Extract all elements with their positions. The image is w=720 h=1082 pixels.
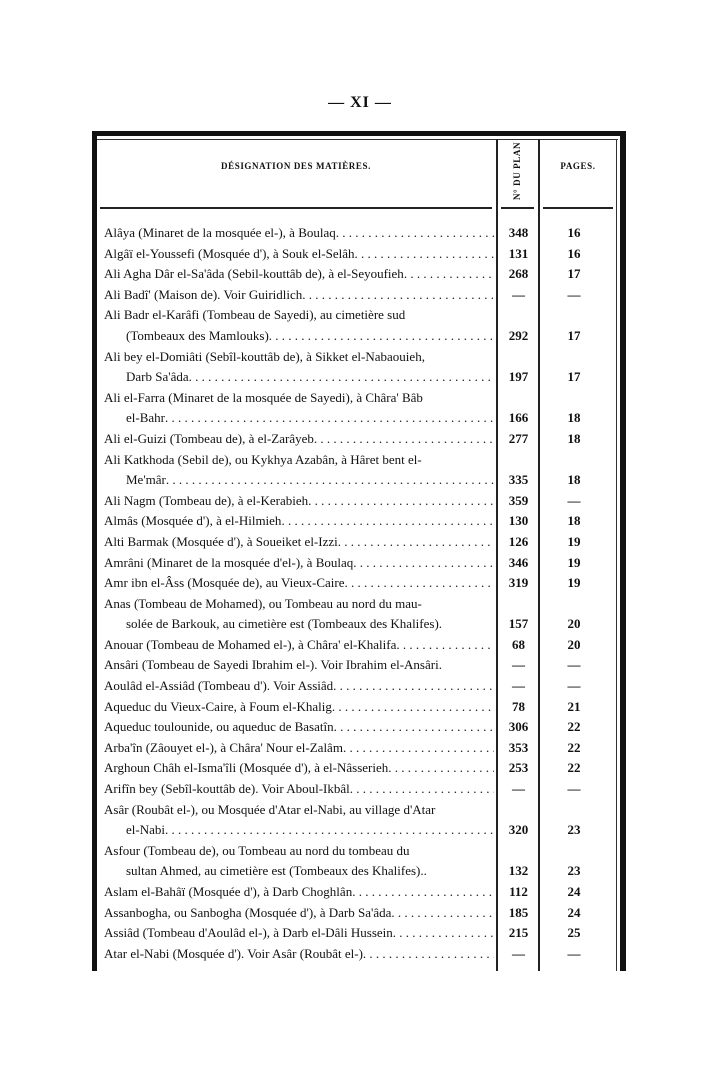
entry-designation: sultan Ahmed, au cimetière est (Tombeaux… [126, 861, 494, 882]
entry-text: Ali Badî' (Maison de). Voir Guiridlich [104, 285, 302, 306]
entry-plan-number: 68 [497, 635, 540, 656]
entry-plan-number: 268 [497, 264, 540, 285]
entry-text: Aslam el-Bahâï (Mosquée d'), à Darb Chog… [104, 882, 352, 903]
entry-text: Assanbogha, ou Sanbogha (Mosquée d'), à … [104, 903, 391, 924]
entry-text: Aqueduc toulounide, ou aqueduc de Basatî… [104, 717, 334, 738]
entry-designation: Arghoun Châh el-Isma'îli (Mosquée d'), à… [104, 758, 494, 779]
index-entry-line: Aoulâd el-Assiâd (Tombeau d'). Voir Assi… [104, 676, 624, 697]
entry-designation: Darb Sa'âda [126, 367, 494, 388]
entry-plan-number: 112 [497, 882, 540, 903]
dot-leader [165, 408, 494, 429]
entry-plan-number: 253 [497, 758, 540, 779]
entry-designation: Aslam el-Bahâï (Mosquée d'), à Darb Chog… [104, 882, 494, 903]
entry-text: el-Nabi [126, 820, 165, 841]
entry-page-number: 24 [539, 903, 609, 924]
entry-text: Ali bey el-Domiâti (Sebîl-kouttâb de), à… [104, 347, 425, 368]
index-entry-line: el-Nabi32023 [104, 820, 624, 841]
index-entry-line: Ali bey el-Domiâti (Sebîl-kouttâb de), à… [104, 347, 624, 368]
entry-text: Ansâri (Tombeau de Sayedi Ibrahim el-). … [104, 655, 442, 676]
index-entry-line: Me'mâr33518 [104, 470, 624, 491]
dot-leader [302, 285, 494, 306]
entry-text: Ali Badr el-Karâfi (Tombeau de Sayedi), … [104, 305, 405, 326]
dot-leader [345, 573, 495, 594]
entry-plan-number: — [497, 779, 540, 800]
entry-designation: Assiâd (Tombeau d'Aoulâd el-), à Darb el… [104, 923, 494, 944]
index-entry-line: Anas (Tombeau de Mohamed), ou Tombeau au… [104, 594, 624, 615]
entry-page-number: — [539, 944, 609, 965]
entry-designation: Aqueduc du Vieux-Caire, à Foum el-Khalig [104, 697, 494, 718]
index-entry-line: Anouar (Tombeau de Mohamed el-), à Châra… [104, 635, 624, 656]
entry-designation: (Tombeaux des Mamlouks) [126, 326, 494, 347]
entry-page-number: 17 [539, 326, 609, 347]
entry-designation: Me'mâr [126, 470, 494, 491]
dot-leader [314, 429, 494, 450]
entry-designation: Asfour (Tombeau de), ou Tombeau au nord … [104, 841, 494, 862]
entry-designation: Anas (Tombeau de Mohamed), ou Tombeau au… [104, 594, 494, 615]
frame-left-border [92, 131, 97, 971]
dot-leader [396, 635, 494, 656]
entry-page-number: 18 [539, 470, 609, 491]
entry-text: Alâya (Minaret de la mosquée el-), à Bou… [104, 223, 336, 244]
entry-plan-number: 131 [497, 244, 540, 265]
column-header-designation: DÉSIGNATION DES MATIÈRES. [100, 161, 492, 171]
dot-leader [355, 244, 494, 265]
entry-page-number: 18 [539, 408, 609, 429]
dot-leader [363, 944, 494, 965]
entry-page-number: 24 [539, 882, 609, 903]
entry-text: Arifîn bey (Sebîl-kouttâb de). Voir Abou… [104, 779, 350, 800]
entry-plan-number: 215 [497, 923, 540, 944]
entry-page-number: 20 [539, 614, 609, 635]
index-entry-line: Amr ibn el-Âss (Mosquée de), au Vieux-Ca… [104, 573, 624, 594]
entry-designation: Aqueduc toulounide, ou aqueduc de Basatî… [104, 717, 494, 738]
entry-designation: Ansâri (Tombeau de Sayedi Ibrahim el-). … [104, 655, 494, 676]
index-entry-line: Darb Sa'âda19717 [104, 367, 624, 388]
index-entry-line: Aqueduc du Vieux-Caire, à Foum el-Khalig… [104, 697, 624, 718]
entry-text: Me'mâr [126, 470, 166, 491]
entry-page-number: 22 [539, 758, 609, 779]
entry-designation: Arba'în (Zâouyet el-), à Châra' Nour el-… [104, 738, 494, 759]
dot-leader [343, 738, 494, 759]
index-entry-line: Ali Badr el-Karâfi (Tombeau de Sayedi), … [104, 305, 624, 326]
entry-text: (Tombeaux des Mamlouks) [126, 326, 269, 347]
index-entry-line: (Tombeaux des Mamlouks)29217 [104, 326, 624, 347]
entry-page-number: 22 [539, 738, 609, 759]
entry-designation: Arifîn bey (Sebîl-kouttâb de). Voir Abou… [104, 779, 494, 800]
entry-plan-number: 346 [497, 553, 540, 574]
entry-plan-number: 132 [497, 861, 540, 882]
entry-plan-number: 157 [497, 614, 540, 635]
index-entry-line: Atar el-Nabi (Mosquée d'). Voir Asâr (Ro… [104, 944, 624, 965]
entry-designation: Ali el-Farra (Minaret de la mosquée de S… [104, 388, 494, 409]
entry-designation: solée de Barkouk, au cimetière est (Tomb… [126, 614, 494, 635]
entry-text: el-Bahr [126, 408, 165, 429]
entry-page-number: 17 [539, 367, 609, 388]
entry-text: Aoulâd el-Assiâd (Tombeau d'). Voir Assi… [104, 676, 333, 697]
entry-plan-number: 348 [497, 223, 540, 244]
entry-plan-number: 130 [497, 511, 540, 532]
entry-text: Amr ibn el-Âss (Mosquée de), au Vieux-Ca… [104, 573, 345, 594]
index-entry-line: Arghoun Châh el-Isma'îli (Mosquée d'), à… [104, 758, 624, 779]
entry-page-number: — [539, 285, 609, 306]
entry-designation: el-Bahr [126, 408, 494, 429]
entry-text: Ali el-Guizi (Tombeau de), à el-Zarâyeb [104, 429, 314, 450]
index-entry-line: Alti Barmak (Mosquée d'), à Soueiket el-… [104, 532, 624, 553]
index-entry-line: Amrâni (Minaret de la mosquée d'el-), à … [104, 553, 624, 574]
column-header-plan-number: N° DU PLAN [512, 142, 522, 200]
dot-leader [165, 820, 494, 841]
dot-leader [338, 532, 494, 553]
dot-leader [336, 223, 494, 244]
entry-text: Darb Sa'âda [126, 367, 189, 388]
index-entry-line: Asfour (Tombeau de), ou Tombeau au nord … [104, 841, 624, 862]
entry-plan-number: 166 [497, 408, 540, 429]
entry-designation: Anouar (Tombeau de Mohamed el-), à Châra… [104, 635, 494, 656]
entry-designation: Ali Katkhoda (Sebil de), ou Kykhya Azabâ… [104, 450, 494, 471]
entry-text: Ali Agha Dâr el-Sa'âda (Sebil-kouttâb de… [104, 264, 404, 285]
entry-page-number: 19 [539, 553, 609, 574]
entry-page-number: — [539, 779, 609, 800]
dot-leader [334, 717, 494, 738]
entry-designation: Alti Barmak (Mosquée d'), à Soueiket el-… [104, 532, 494, 553]
entry-plan-number: 197 [497, 367, 540, 388]
entry-page-number: 18 [539, 429, 609, 450]
index-entry-line: el-Bahr16618 [104, 408, 624, 429]
entry-text: Assiâd (Tombeau d'Aoulâd el-), à Darb el… [104, 923, 393, 944]
entry-page-number: 23 [539, 820, 609, 841]
entry-text: Atar el-Nabi (Mosquée d'). Voir Asâr (Ro… [104, 944, 363, 965]
index-entry-line: Ali Agha Dâr el-Sa'âda (Sebil-kouttâb de… [104, 264, 624, 285]
entry-text: Arba'în (Zâouyet el-), à Châra' Nour el-… [104, 738, 343, 759]
entry-page-number: 25 [539, 923, 609, 944]
index-entry-line: Assanbogha, ou Sanbogha (Mosquée d'), à … [104, 903, 624, 924]
dot-leader [391, 903, 494, 924]
index-entry-line: Asâr (Roubât el-), ou Mosquée d'Atar el-… [104, 800, 624, 821]
entry-page-number: 16 [539, 223, 609, 244]
dot-leader [388, 758, 494, 779]
entry-page-number: — [539, 491, 609, 512]
frame-inner-top-rule [97, 139, 618, 140]
entry-plan-number: 292 [497, 326, 540, 347]
entry-designation: Algâï el-Youssefi (Mosquée d'), à Souk e… [104, 244, 494, 265]
entry-text: Asfour (Tombeau de), ou Tombeau au nord … [104, 841, 410, 862]
entry-text: Aqueduc du Vieux-Caire, à Foum el-Khalig [104, 697, 332, 718]
entry-page-number: 19 [539, 532, 609, 553]
entry-plan-number: 126 [497, 532, 540, 553]
entry-designation: el-Nabi [126, 820, 494, 841]
entry-plan-number: — [497, 944, 540, 965]
index-entry-line: sultan Ahmed, au cimetière est (Tombeaux… [104, 861, 624, 882]
entry-designation: Ali Nagm (Tombeau de), à el-Kerabieh [104, 491, 494, 512]
header-rule-pages [543, 207, 613, 209]
dot-leader [352, 882, 494, 903]
entry-plan-number: 320 [497, 820, 540, 841]
page-number: — XI — [0, 94, 720, 112]
index-entry-line: Ali Badî' (Maison de). Voir Guiridlich—— [104, 285, 624, 306]
entry-plan-number: — [497, 676, 540, 697]
dot-leader [393, 923, 494, 944]
entry-text: Almâs (Mosquée d'), à el-Hilmieh [104, 511, 281, 532]
index-entry-line: Ali Nagm (Tombeau de), à el-Kerabieh359— [104, 491, 624, 512]
index-entry-line: Ansâri (Tombeau de Sayedi Ibrahim el-). … [104, 655, 624, 676]
entry-page-number: 19 [539, 573, 609, 594]
entry-text: Algâï el-Youssefi (Mosquée d'), à Souk e… [104, 244, 355, 265]
frame-top-border [92, 131, 626, 136]
entry-designation: Atar el-Nabi (Mosquée d'). Voir Asâr (Ro… [104, 944, 494, 965]
entry-designation: Asâr (Roubât el-), ou Mosquée d'Atar el-… [104, 800, 494, 821]
entry-designation: Ali bey el-Domiâti (Sebîl-kouttâb de), à… [104, 347, 494, 368]
entry-plan-number: 277 [497, 429, 540, 450]
entry-text: Ali Nagm (Tombeau de), à el-Kerabieh [104, 491, 308, 512]
entry-designation: Ali Agha Dâr el-Sa'âda (Sebil-kouttâb de… [104, 264, 494, 285]
column-header-pages: PAGES. [543, 161, 613, 171]
entry-text: Alti Barmak (Mosquée d'), à Soueiket el-… [104, 532, 338, 553]
entry-page-number: — [539, 655, 609, 676]
entry-plan-number: 78 [497, 697, 540, 718]
entry-text: Anouar (Tombeau de Mohamed el-), à Châra… [104, 635, 396, 656]
dot-leader [308, 491, 494, 512]
entry-page-number: 23 [539, 861, 609, 882]
index-entry-line: Arifîn bey (Sebîl-kouttâb de). Voir Abou… [104, 779, 624, 800]
dot-leader [350, 779, 494, 800]
entry-text: Ali el-Farra (Minaret de la mosquée de S… [104, 388, 423, 409]
entry-text: sultan Ahmed, au cimetière est (Tombeaux… [126, 861, 427, 882]
entry-page-number: 16 [539, 244, 609, 265]
index-entry-line: Assiâd (Tombeau d'Aoulâd el-), à Darb el… [104, 923, 624, 944]
dot-leader [269, 326, 494, 347]
entry-plan-number: 185 [497, 903, 540, 924]
dot-leader [333, 676, 494, 697]
index-entry-line: Ali el-Guizi (Tombeau de), à el-Zarâyeb2… [104, 429, 624, 450]
header-rule-plan [501, 207, 534, 209]
index-entry-line: Aqueduc toulounide, ou aqueduc de Basatî… [104, 717, 624, 738]
entry-text: Amrâni (Minaret de la mosquée d'el-), à … [104, 553, 353, 574]
entry-plan-number: — [497, 285, 540, 306]
entry-designation: Aoulâd el-Assiâd (Tombeau d'). Voir Assi… [104, 676, 494, 697]
entry-page-number: 18 [539, 511, 609, 532]
entry-plan-number: — [497, 655, 540, 676]
index-entry-line: Ali Katkhoda (Sebil de), ou Kykhya Azabâ… [104, 450, 624, 471]
entry-designation: Ali Badr el-Karâfi (Tombeau de Sayedi), … [104, 305, 494, 326]
entry-designation: Ali Badî' (Maison de). Voir Guiridlich [104, 285, 494, 306]
dot-leader [166, 470, 494, 491]
entry-plan-number: 359 [497, 491, 540, 512]
entry-designation: Alâya (Minaret de la mosquée el-), à Bou… [104, 223, 494, 244]
entry-plan-number: 306 [497, 717, 540, 738]
entry-text: solée de Barkouk, au cimetière est (Tomb… [126, 614, 442, 635]
dot-leader [281, 511, 494, 532]
entry-page-number: 21 [539, 697, 609, 718]
index-entry-line: Algâï el-Youssefi (Mosquée d'), à Souk e… [104, 244, 624, 265]
entry-page-number: — [539, 676, 609, 697]
entry-text: Arghoun Châh el-Isma'îli (Mosquée d'), à… [104, 758, 388, 779]
index-entry-line: solée de Barkouk, au cimetière est (Tomb… [104, 614, 624, 635]
entry-text: Ali Katkhoda (Sebil de), ou Kykhya Azabâ… [104, 450, 422, 471]
entry-designation: Ali el-Guizi (Tombeau de), à el-Zarâyeb [104, 429, 494, 450]
index-entry-line: Aslam el-Bahâï (Mosquée d'), à Darb Chog… [104, 882, 624, 903]
entry-text: Anas (Tombeau de Mohamed), ou Tombeau au… [104, 594, 422, 615]
entry-plan-number: 319 [497, 573, 540, 594]
index-entry-line: Arba'în (Zâouyet el-), à Châra' Nour el-… [104, 738, 624, 759]
index-entry-line: Alâya (Minaret de la mosquée el-), à Bou… [104, 223, 624, 244]
entry-designation: Amrâni (Minaret de la mosquée d'el-), à … [104, 553, 494, 574]
entry-page-number: 22 [539, 717, 609, 738]
dot-leader [332, 697, 494, 718]
index-entry-line: Ali el-Farra (Minaret de la mosquée de S… [104, 388, 624, 409]
entry-designation: Almâs (Mosquée d'), à el-Hilmieh [104, 511, 494, 532]
index-entry-line: Almâs (Mosquée d'), à el-Hilmieh13018 [104, 511, 624, 532]
entry-page-number: 20 [539, 635, 609, 656]
dot-leader [353, 553, 494, 574]
entry-plan-number: 335 [497, 470, 540, 491]
entry-plan-number: 353 [497, 738, 540, 759]
dot-leader [189, 367, 494, 388]
entry-designation: Assanbogha, ou Sanbogha (Mosquée d'), à … [104, 903, 494, 924]
dot-leader [404, 264, 494, 285]
entry-designation: Amr ibn el-Âss (Mosquée de), au Vieux-Ca… [104, 573, 494, 594]
entry-text: Asâr (Roubât el-), ou Mosquée d'Atar el-… [104, 800, 435, 821]
header-rule-designation [100, 207, 492, 209]
entry-page-number: 17 [539, 264, 609, 285]
index-entries: Alâya (Minaret de la mosquée el-), à Bou… [104, 223, 624, 964]
